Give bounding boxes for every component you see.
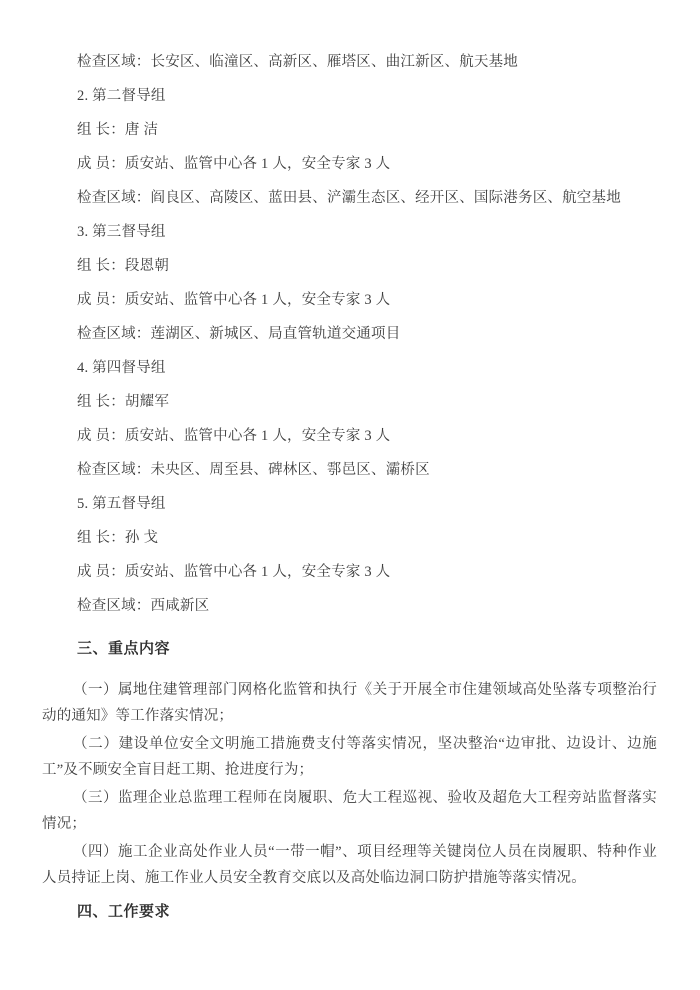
key-content-item-1: （一）属地住建管理部门网格化监管和执行《关于开展全市住建领域高处坠落专项整治行动…: [42, 678, 657, 729]
group-2-regions: 检查区域：阎良区、高陵区、蓝田县、浐灞生态区、经开区、国际港务区、航空基地: [42, 186, 657, 211]
group-4-members: 成 员：质安站、监管中心各 1 人，安全专家 3 人: [42, 424, 657, 449]
group-2-title: 2. 第二督导组: [42, 84, 657, 109]
key-content-item-2: （二）建设单位安全文明施工措施费支付等落实情况，坚决整治“边审批、边设计、边施工…: [42, 732, 657, 783]
group-5-title: 5. 第五督导组: [42, 492, 657, 517]
group-2-leader: 组 长：唐 洁: [42, 118, 657, 143]
group-3-members: 成 员：质安站、监管中心各 1 人，安全专家 3 人: [42, 288, 657, 313]
group-3-title: 3. 第三督导组: [42, 220, 657, 245]
group-4-title: 4. 第四督导组: [42, 356, 657, 381]
group-2-members: 成 员：质安站、监管中心各 1 人，安全专家 3 人: [42, 152, 657, 177]
section-3-heading: 三、重点内容: [42, 637, 657, 662]
group-1-regions-line: 检查区域：长安区、临潼区、高新区、雁塔区、曲江新区、航天基地: [42, 50, 657, 75]
group-4-regions: 检查区域：未央区、周至县、碑林区、鄠邑区、灞桥区: [42, 458, 657, 483]
key-content-item-4: （四）施工企业高处作业人员“一带一帽”、项目经理等关键岗位人员在岗履职、特种作业…: [42, 840, 657, 891]
group-3-leader: 组 长：段恩朝: [42, 254, 657, 279]
group-5-members: 成 员：质安站、监管中心各 1 人，安全专家 3 人: [42, 560, 657, 585]
group-5-regions: 检查区域：西咸新区: [42, 594, 657, 619]
group-5-leader: 组 长：孙 戈: [42, 526, 657, 551]
group-3-regions: 检查区域：莲湖区、新城区、局直管轨道交通项目: [42, 322, 657, 347]
document-page: 检查区域：长安区、临潼区、高新区、雁塔区、曲江新区、航天基地 2. 第二督导组 …: [0, 0, 700, 990]
section-4-heading: 四、工作要求: [42, 900, 657, 925]
key-content-item-3: （三）监理企业总监理工程师在岗履职、危大工程巡视、验收及超危大工程旁站监督落实情…: [42, 786, 657, 837]
group-4-leader: 组 长：胡耀军: [42, 390, 657, 415]
